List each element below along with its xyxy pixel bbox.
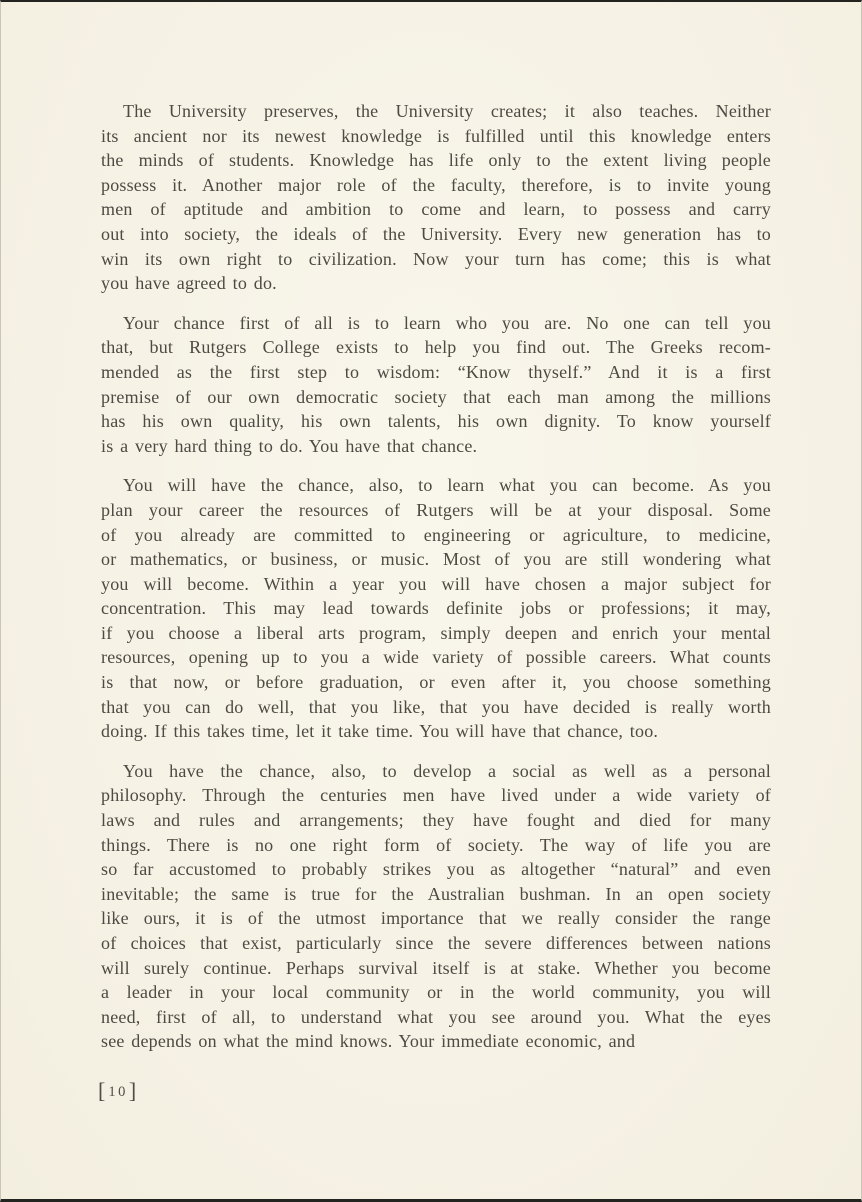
text-line: has his own quality, his own talents, hi… (101, 409, 771, 434)
text-line: philosophy. Through the centuries men ha… (101, 783, 771, 808)
text-line: that you can do well, that you like, tha… (101, 695, 771, 720)
text-line: its ancient nor its newest knowledge is … (101, 124, 771, 149)
text-line: things. There is no one right form of so… (101, 833, 771, 858)
text-line: men of aptitude and ambition to come and… (101, 197, 771, 222)
text-line: concentration. This may lead towards def… (101, 596, 771, 621)
text-line: mended as the first step to wisdom: “Kno… (101, 360, 771, 385)
paragraph: You will have the chance, also, to learn… (101, 473, 771, 744)
text-line: out into society, the ideals of the Univ… (101, 222, 771, 247)
text-line: is that now, or before graduation, or ev… (101, 670, 771, 695)
paragraph: The University preserves, the University… (101, 99, 771, 296)
text-line: will surely continue. Perhaps survival i… (101, 956, 771, 981)
text-line: so far accustomed to probably strikes yo… (101, 857, 771, 882)
text-line: win its own right to civilization. Now y… (101, 247, 771, 272)
text-line: Your chance first of all is to learn who… (101, 311, 771, 336)
text-line: like ours, it is of the utmost importanc… (101, 906, 771, 931)
text-line: a leader in your local community or in t… (101, 980, 771, 1005)
page-text: The University preserves, the University… (101, 99, 771, 1054)
text-line: premise of our own democratic society th… (101, 385, 771, 410)
text-line: doing. If this takes time, let it take t… (101, 719, 771, 744)
text-line: laws and rules and arrangements; they ha… (101, 808, 771, 833)
text-line: of choices that exist, particularly sinc… (101, 931, 771, 956)
paragraph: Your chance first of all is to learn who… (101, 311, 771, 459)
page-number-right-bracket: ] (129, 1078, 136, 1103)
text-line: that, but Rutgers College exists to help… (101, 335, 771, 360)
text-line: you will become. Within a year you will … (101, 572, 771, 597)
text-line: you have agreed to do. (101, 271, 771, 296)
text-line: inevitable; the same is true for the Aus… (101, 882, 771, 907)
text-line: if you choose a liberal arts program, si… (101, 621, 771, 646)
page-number-digits: 10 (105, 1084, 129, 1100)
text-line: You will have the chance, also, to learn… (101, 473, 771, 498)
text-line: the minds of students. Knowledge has lif… (101, 148, 771, 173)
text-line: plan your career the resources of Rutger… (101, 498, 771, 523)
paragraph: You have the chance, also, to develop a … (101, 759, 771, 1054)
text-line: of you already are committed to engineer… (101, 523, 771, 548)
text-line: The University preserves, the University… (101, 99, 771, 124)
text-line: need, first of all, to understand what y… (101, 1005, 771, 1030)
text-line: resources, opening up to you a wide vari… (101, 645, 771, 670)
text-line: possess it. Another major role of the fa… (101, 173, 771, 198)
text-line: or mathematics, or business, or music. M… (101, 547, 771, 572)
page-number: [10] (98, 1076, 136, 1107)
text-line: is a very hard thing to do. You have tha… (101, 434, 771, 459)
text-line: You have the chance, also, to develop a … (101, 759, 771, 784)
text-line: see depends on what the mind knows. Your… (101, 1029, 771, 1054)
